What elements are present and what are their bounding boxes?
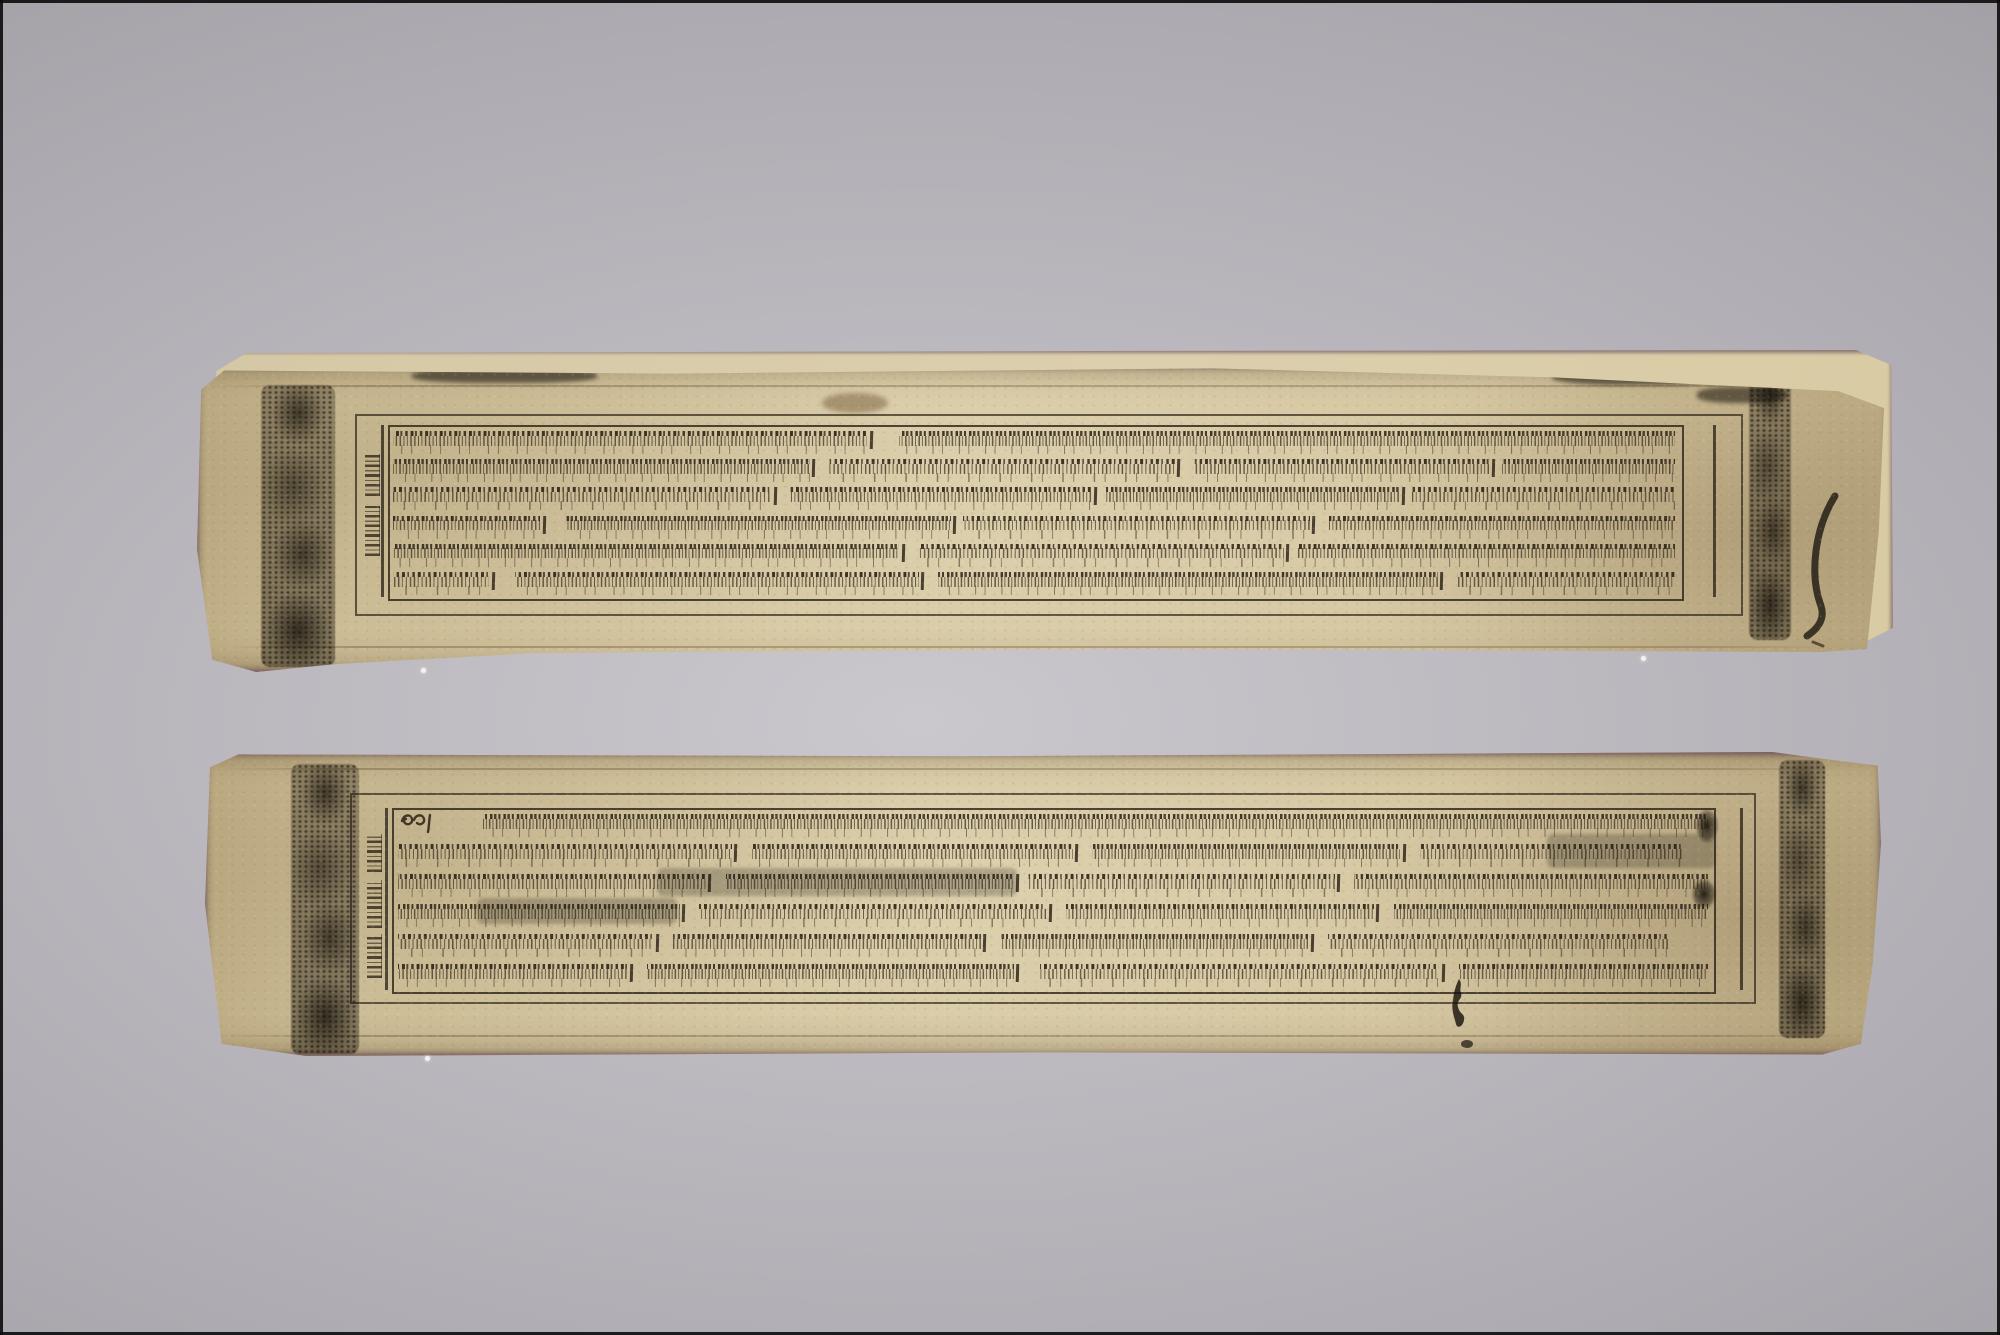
script-segment — [726, 874, 1014, 899]
script-segment — [699, 904, 1046, 929]
manuscript-leaf-lower — [205, 752, 1881, 1056]
frame-double-rule — [1713, 425, 1716, 597]
ink-blob — [1691, 878, 1717, 910]
edge-ink-patch — [1552, 367, 1727, 385]
script-line — [393, 457, 1675, 484]
under-leaf-edge — [213, 350, 1893, 652]
script-segment — [1040, 964, 1440, 989]
script-segment — [790, 487, 1091, 512]
script-segment — [1329, 516, 1675, 541]
ink-blob — [1695, 808, 1719, 844]
outer-frame-rule — [355, 414, 1743, 616]
script-segment — [1502, 459, 1675, 484]
dust-speck — [421, 668, 426, 673]
heavy-ink-patch — [1547, 834, 1715, 868]
ink-stroke-mark — [1795, 490, 1843, 650]
script-segment — [647, 964, 1014, 989]
script-line — [393, 429, 1675, 456]
margin-annotation — [365, 365, 379, 672]
yig-mgo-head-mark-glyph — [398, 810, 436, 838]
text-frame-rule — [392, 808, 1716, 994]
heavy-ink-patch — [477, 898, 677, 924]
dust-speck — [425, 1056, 430, 1061]
script-segment — [393, 572, 489, 597]
script-segment — [398, 904, 680, 929]
ink-smudge-band-right — [1749, 368, 1791, 640]
script-segment — [1459, 964, 1708, 989]
script-segment — [1066, 904, 1374, 929]
frame-double-rule — [1740, 808, 1743, 990]
script-segment — [393, 516, 540, 541]
script-segment — [393, 459, 810, 484]
script-segment — [393, 487, 771, 512]
edge-ink-patch — [1697, 387, 1787, 403]
manuscript-photo — [0, 0, 2000, 1335]
script-segment — [919, 544, 1284, 569]
script-line — [393, 542, 1675, 569]
script-segment — [1394, 904, 1708, 929]
script-segment — [566, 516, 951, 541]
frame-double-rule — [385, 808, 388, 990]
script-line — [398, 962, 1708, 989]
script-segment — [1027, 874, 1335, 899]
margin-annotation-glyph — [367, 934, 382, 978]
script-segment — [1420, 844, 1682, 869]
script-segment — [515, 572, 919, 597]
script-line — [393, 514, 1675, 541]
script-segment — [752, 844, 1073, 869]
script-segment — [899, 431, 1675, 456]
script-line — [398, 872, 1708, 899]
margin-annotation-glyph — [365, 506, 380, 556]
edge-ink-patch — [412, 369, 597, 383]
ink-blot-figure-glyph — [1445, 978, 1475, 1052]
script-segment — [1457, 572, 1675, 597]
script-line — [393, 485, 1675, 512]
script-line — [393, 570, 1675, 597]
script-segment — [398, 934, 653, 959]
script-segment — [1092, 844, 1400, 869]
frame-double-rule — [381, 425, 384, 597]
script-line — [398, 842, 1708, 869]
script-segment — [938, 572, 1438, 597]
script-segment — [393, 431, 867, 456]
script-segment — [963, 516, 1309, 541]
script-segment — [1001, 934, 1309, 959]
ink-smudge-band-left — [291, 764, 359, 1054]
script-segment — [1297, 544, 1675, 569]
script-segment — [829, 459, 1175, 484]
script-segment — [393, 544, 899, 569]
ink-blot-figure — [1445, 978, 1475, 1052]
outer-frame-rule — [350, 793, 1756, 1004]
script-segment — [398, 874, 706, 899]
script-segment — [1354, 874, 1708, 899]
ink-smudge-band-left — [261, 385, 335, 667]
script-line — [398, 932, 1708, 959]
yig-mgo-head-mark — [398, 810, 436, 838]
margin-annotation-glyph — [367, 834, 382, 872]
script-segment — [483, 814, 1708, 839]
script-segment — [398, 964, 627, 989]
script-segment — [398, 844, 732, 869]
crease-line — [221, 768, 1841, 770]
margin-annotation — [367, 752, 381, 1056]
script-segment — [673, 934, 981, 959]
margin-annotation-glyph — [365, 454, 380, 496]
heavy-ink-patch — [657, 868, 1017, 896]
crease-line — [215, 1035, 1855, 1037]
crease-line — [209, 385, 1859, 387]
script-segment — [1328, 934, 1669, 959]
script-segment — [1105, 487, 1400, 512]
script-segment — [1412, 487, 1675, 512]
script-segment — [1194, 459, 1489, 484]
margin-annotation-glyph — [367, 880, 382, 928]
manuscript-leaf-upper — [197, 365, 1889, 672]
ink-stroke-mark-glyph — [1795, 490, 1843, 650]
text-frame-rule — [388, 425, 1684, 601]
script-line — [398, 902, 1708, 929]
ink-smudge-band-right — [1779, 760, 1825, 1038]
script-line — [398, 812, 1708, 839]
stain-mark — [822, 393, 888, 413]
crease-line — [227, 646, 1827, 648]
dust-speck — [1641, 656, 1646, 661]
